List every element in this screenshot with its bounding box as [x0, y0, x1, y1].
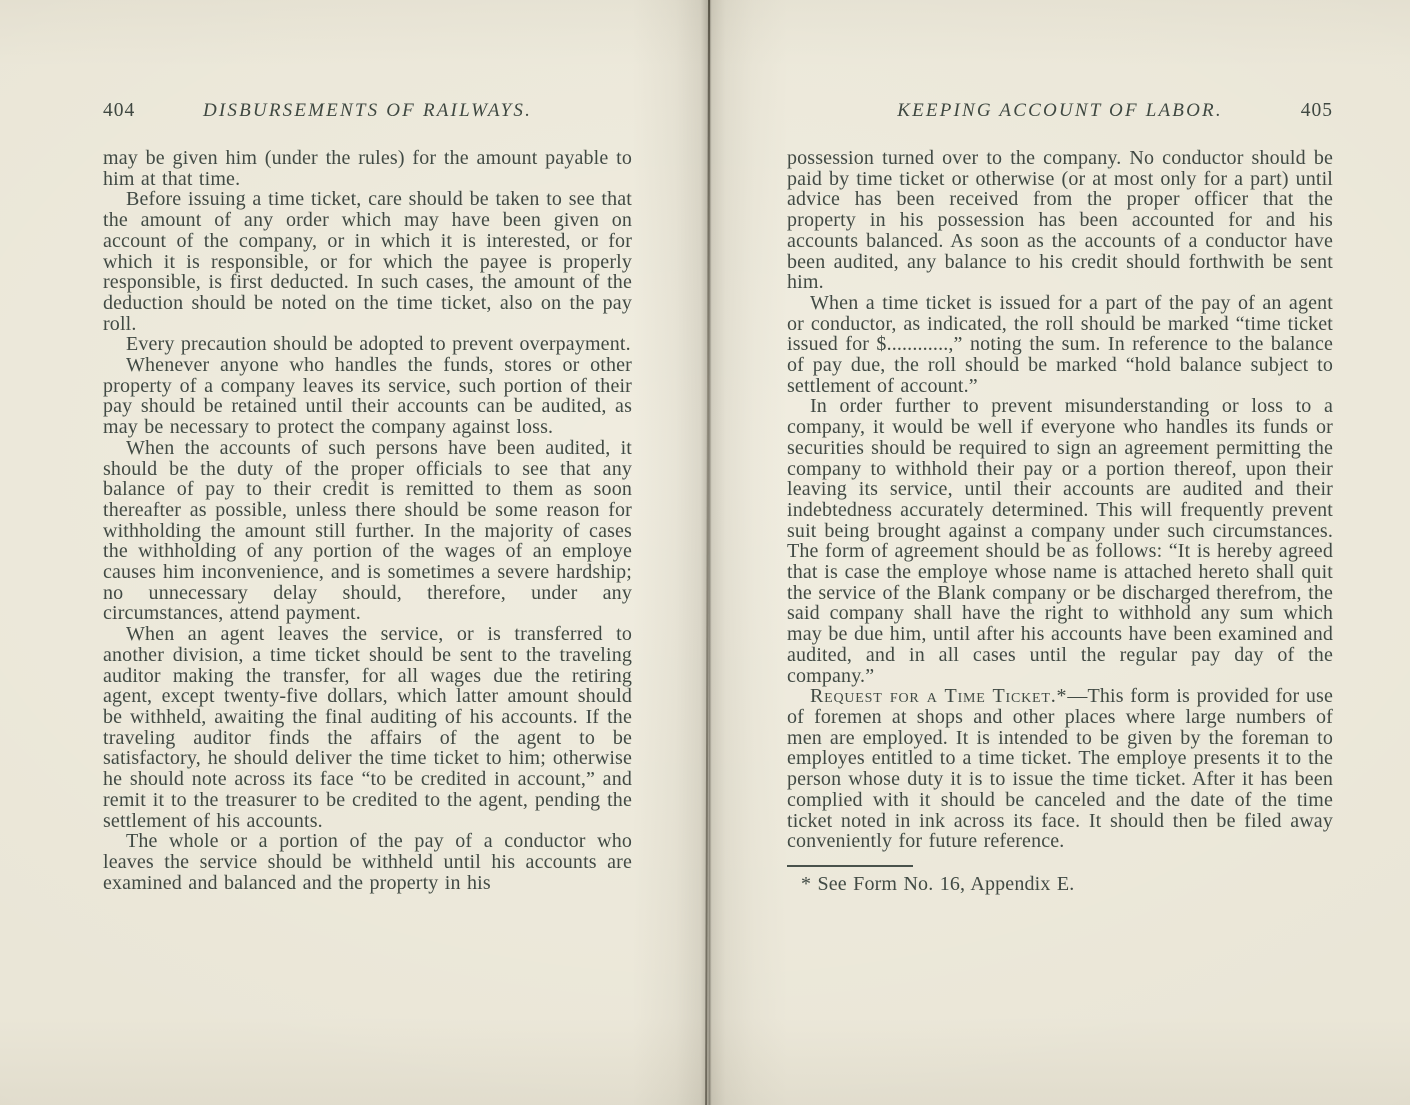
footnote-rule: [787, 865, 913, 867]
section-paragraph: Request for a Time Ticket.*—This form is…: [787, 686, 1333, 852]
footnote-block: * See Form No. 16, Appendix E.: [787, 865, 1333, 895]
paragraph: may be given him (under the rules) for t…: [103, 148, 632, 189]
right-page: KEEPING ACCOUNT OF LABOR. 405 possession…: [787, 100, 1333, 895]
paragraph: Whenever anyone who handles the funds, s…: [103, 355, 632, 438]
right-page-header: KEEPING ACCOUNT OF LABOR. 405: [787, 100, 1333, 124]
section-heading: Request for a Time Ticket.*: [810, 685, 1067, 707]
left-page-body: may be given him (under the rules) for t…: [103, 148, 632, 893]
paragraph: The whole or a portion of the pay of a c…: [103, 831, 632, 893]
footnote: * See Form No. 16, Appendix E.: [787, 874, 1333, 895]
paragraph: possession turned over to the company. N…: [787, 148, 1333, 293]
paragraph: In order further to prevent misunderstan…: [787, 396, 1333, 686]
right-page-number: 405: [1301, 100, 1333, 122]
paragraph: Before issuing a time ticket, care shoul…: [103, 189, 632, 334]
section-body-text: —This form is provided for use of foreme…: [787, 685, 1333, 852]
paragraph: When the accounts of such persons have b…: [103, 438, 632, 624]
paragraph: When an agent leaves the service, or is …: [103, 624, 632, 831]
left-page: 404 DISBURSEMENTS OF RAILWAYS. may be gi…: [103, 100, 632, 893]
paragraph: Every precaution should be adopted to pr…: [103, 334, 632, 355]
left-running-title: DISBURSEMENTS OF RAILWAYS.: [103, 100, 632, 122]
book-gutter-shadow: [632, 0, 788, 1105]
right-page-body: possession turned over to the company. N…: [787, 148, 1333, 895]
book-spread: 404 DISBURSEMENTS OF RAILWAYS. may be gi…: [0, 0, 1410, 1105]
right-running-title: KEEPING ACCOUNT OF LABOR.: [787, 100, 1333, 122]
paragraph: When a time ticket is issued for a part …: [787, 293, 1333, 397]
left-page-header: 404 DISBURSEMENTS OF RAILWAYS.: [103, 100, 632, 124]
